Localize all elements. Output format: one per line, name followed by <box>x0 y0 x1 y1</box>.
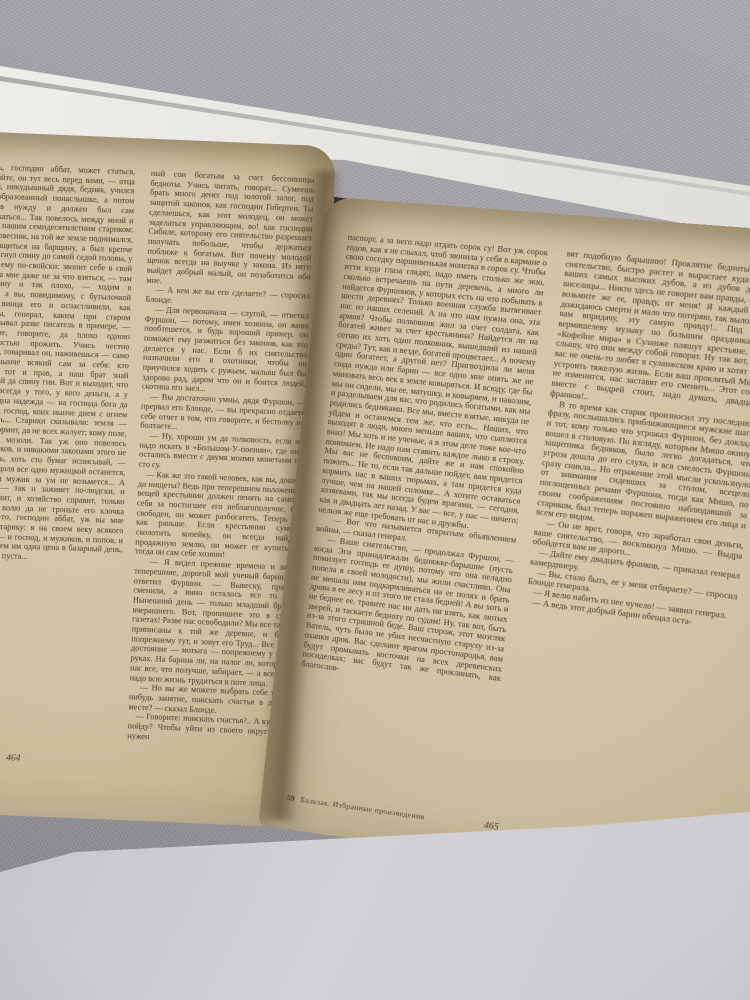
running-title: Бальзак. Избранные произведения <box>300 795 425 822</box>
book-photo-scene: перечить, господин аббат, может статься,… <box>0 0 750 1000</box>
right-page-column-2: вят подобную барышню! Проклятие бедноты,… <box>501 249 750 838</box>
left-page-column-1: перечить, господин аббат, может статься,… <box>0 162 135 763</box>
left-page-number: 464 <box>6 753 20 763</box>
right-page-columns: паспорт, а за него надо отдать сорок су!… <box>289 233 750 838</box>
